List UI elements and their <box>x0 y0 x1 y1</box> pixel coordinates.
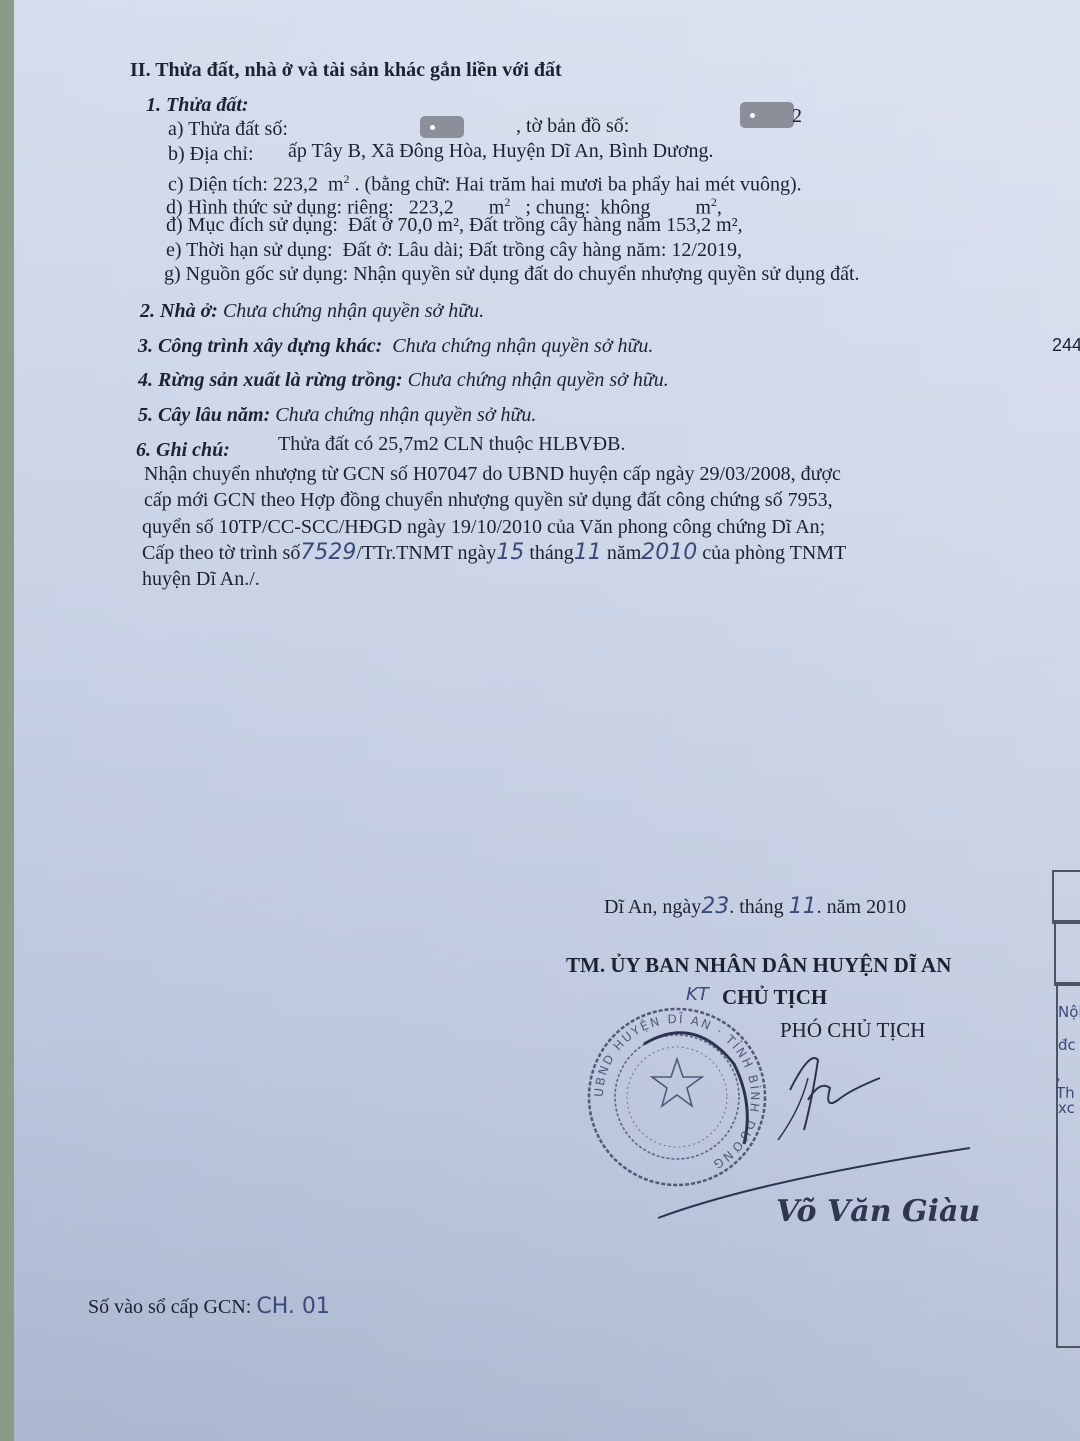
notes-first: Thửa đất có 25,7m2 CLN thuộc HLBVĐB. <box>278 432 625 456</box>
vice-chair-title: PHÓ CHỦ TỊCH <box>780 1018 925 1042</box>
notes-line-5: huyện Dĩ An./. <box>142 567 260 591</box>
item-house: 2. Nhà ở: Chưa chứng nhận quyền sở hữu. <box>140 299 484 323</box>
handwritten-day: 15 <box>496 540 524 565</box>
item-other-construction: 3. Công trình xây dựng khác: Chưa chứng … <box>138 334 653 358</box>
place-date: Dĩ An, ngày23. tháng 11. năm 2010 <box>604 895 906 919</box>
side-note-2: đc <box>1058 1036 1076 1054</box>
usage-term-row: e) Thời hạn sử dụng: Đất ở: Lâu dài; Đất… <box>166 238 742 262</box>
item-planted-forest: 4. Rừng sản xuất là rừng trồng: Chưa chứ… <box>138 368 669 392</box>
handwritten-sign-month: 11 <box>789 894 817 919</box>
usage-purpose-value: Đất ở 70,0 m², Đất trồng cây hàng năm 15… <box>348 214 743 236</box>
land-plot-heading: 1. Thửa đất: <box>146 93 249 117</box>
plot-number-redacted <box>420 116 464 138</box>
handwritten-report-number: 7529 <box>300 540 356 565</box>
map-sheet-redacted <box>740 102 794 128</box>
map-sheet-label: , tờ bản đồ số: <box>516 114 629 138</box>
side-note-4: xc <box>1058 1099 1075 1117</box>
notes-line-4: Cấp theo tờ trình số7529/TTr.TNMT ngày15… <box>142 541 846 565</box>
address-value: ấp Tây B, Xã Đông Hòa, Huyện Dĩ An, Bình… <box>288 139 713 163</box>
registry-handwritten-value: CH. 01 <box>256 1294 330 1319</box>
plot-number-label: a) Thửa đất số: <box>168 117 288 141</box>
map-sheet-trailing: 2 <box>792 104 802 128</box>
address-label: b) Địa chỉ: <box>168 142 254 166</box>
handwritten-year: 2010 <box>641 540 697 565</box>
signer-name: Võ Văn Giàu <box>776 1200 980 1224</box>
usage-purpose-row: đ) Mục đích sử dụng: Đất ở 70,0 m², Đất … <box>166 213 743 237</box>
registry-row: Số vào sổ cấp GCN: CH. 01 <box>88 1295 330 1319</box>
handwritten-sign-day: 23 <box>701 894 729 919</box>
side-note-1: Nội <box>1058 1003 1080 1021</box>
side-page-number: 244 <box>1052 333 1080 357</box>
registry-label: Số vào sổ cấp GCN: <box>88 1296 251 1318</box>
handwritten-month: 11 <box>574 540 602 565</box>
notes-line-2: cấp mới GCN theo Hợp đồng chuyển nhượng … <box>144 488 833 512</box>
notes-line-1: Nhận chuyển nhượng từ GCN số H07047 do U… <box>144 462 841 486</box>
notes-label: 6. Ghi chú: <box>136 438 230 462</box>
section-title: II. Thửa đất, nhà ở và tài sản khác gắn … <box>130 58 562 82</box>
side-form-cell-2 <box>1054 920 1080 986</box>
usage-term-value: Đất ở: Lâu dài; Đất trồng cây hàng năm: … <box>343 239 742 261</box>
side-note-3: , Th <box>1056 1066 1080 1102</box>
origin-value: Nhận quyền sử dụng đất do chuyển nhượng … <box>353 263 859 285</box>
item-perennial-trees: 5. Cây lâu năm: Chưa chứng nhận quyền sở… <box>138 403 536 427</box>
origin-row: g) Nguồn gốc sử dụng: Nhận quyền sử dụng… <box>164 262 860 286</box>
issuing-org: TM. ỦY BAN NHÂN DÂN HUYỆN DĨ AN <box>566 953 951 977</box>
side-form-cell-1 <box>1052 870 1080 924</box>
notes-line-3: quyển số 10TP/CC-SCC/HĐGD ngày 19/10/201… <box>142 515 825 539</box>
